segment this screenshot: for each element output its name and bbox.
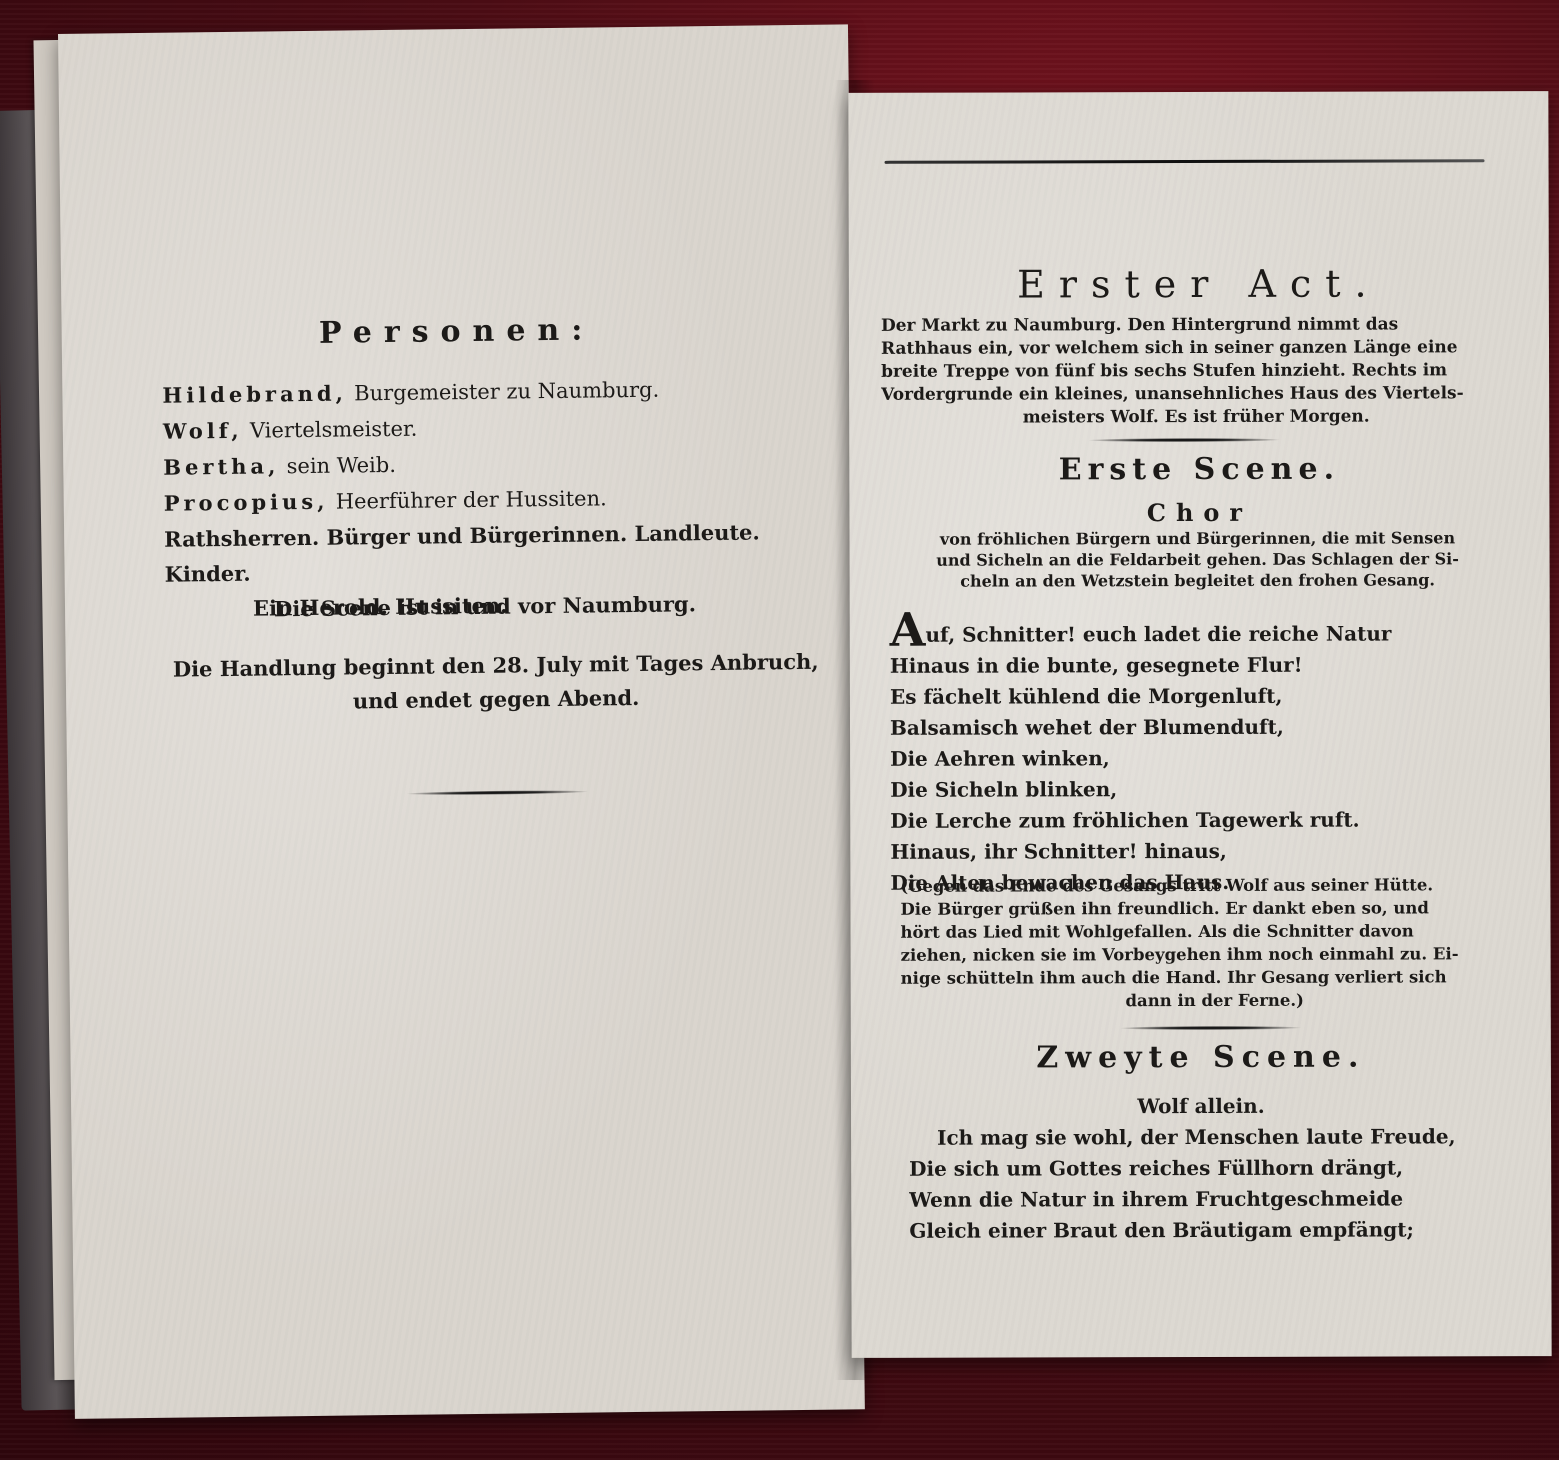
stage-desc-line: Vordergrunde ein kleines, unansehnliches…: [881, 382, 1511, 407]
song-line: Die Lerche zum fröhlichen Tagewerk ruft.: [890, 804, 1530, 837]
speech-line: Wenn die Natur in ihrem Fruchtgeschmeide: [909, 1183, 1549, 1216]
chor-desc-line: cheln an den Wetzstein begleitet den fro…: [888, 569, 1508, 592]
stage-dir-line: nige schütteln ihm auch die Hand. Ihr Ge…: [901, 965, 1529, 990]
ornamental-divider: [1089, 438, 1279, 442]
speech-line: Gleich einer Braut den Bräutigam empfäng…: [909, 1214, 1549, 1247]
speech-line: Ich mag sie wohl, der Menschen laute Fre…: [909, 1121, 1549, 1154]
chor-song: Auf, Schnitter! euch ladet die reiche Na…: [890, 613, 1531, 899]
action-time-note: Die Handlung beginnt den 28. July mit Ta…: [146, 644, 847, 721]
song-line-text: uf, Schnitter! euch ladet die reiche Nat…: [925, 621, 1391, 646]
song-line: Es fächelt kühlend die Morgenluft,: [890, 680, 1530, 713]
stage-description: Der Markt zu Naumburg. Den Hintergrund n…: [881, 313, 1511, 430]
song-line: Die Aehren winken,: [890, 742, 1530, 775]
stage-desc-line: breite Treppe von fünf bis sechs Stufen …: [881, 359, 1511, 384]
song-line: Die Sicheln blinken,: [890, 773, 1530, 806]
speech-line: Die sich um Gottes reiches Füllhorn drän…: [909, 1152, 1549, 1185]
stage-desc-line: Der Markt zu Naumburg. Den Hintergrund n…: [881, 313, 1511, 338]
stage-dir-line: Die Bürger grüßen ihn freundlich. Er dan…: [900, 896, 1528, 921]
role-name: Procopius,: [164, 489, 329, 516]
chor-description: von fröhlichen Bürgern und Bürgerinnen, …: [887, 527, 1507, 592]
role-description: Burgemeister zu Naumburg.: [354, 378, 659, 406]
right-page: Erster Act. Der Markt zu Naumburg. Den H…: [848, 91, 1551, 1358]
role-description: sein Weib.: [287, 453, 397, 478]
stage-dir-line: hört das Lied mit Wohlgefallen. Als die …: [901, 919, 1529, 944]
chor-heading: Chor: [849, 497, 1549, 528]
role-name: Bertha,: [163, 453, 279, 479]
stage-desc-line: Rathhaus ein, vor welchem sich in seiner…: [881, 336, 1511, 361]
stage-dir-line: ziehen, nicken sie im Vorbeygehen ihm no…: [901, 942, 1529, 967]
ornamental-divider: [407, 790, 587, 796]
stage-desc-line: meisters Wolf. Es ist früher Morgen.: [881, 405, 1511, 430]
act-title: Erster Act.: [849, 261, 1549, 307]
song-line: Hinaus, ihr Schnitter! hinaus,: [890, 835, 1530, 868]
chor-desc-line: und Sicheln an die Feldarbeit gehen. Das…: [888, 548, 1508, 571]
cast-list: Hildebrand, Burgemeister zu Naumburg. Wo…: [162, 369, 845, 626]
chor-desc-line: von fröhlichen Bürgern und Bürgerinnen, …: [887, 527, 1507, 550]
wolf-speech: Ich mag sie wohl, der Menschen laute Fre…: [909, 1121, 1549, 1247]
scene-2-subtitle: Wolf allein.: [851, 1093, 1551, 1119]
scene-2-title: Zweyte Scene.: [851, 1039, 1551, 1076]
song-line: Hinaus in die bunte, gesegnete Flur!: [890, 649, 1530, 682]
role-name: Hildebrand,: [162, 380, 347, 407]
stage-dir-line: dann in der Ferne.): [901, 988, 1529, 1013]
song-line: Auf, Schnitter! euch ladet die reiche Na…: [890, 613, 1530, 651]
drop-cap: A: [890, 603, 926, 657]
role-name: Wolf,: [163, 418, 243, 444]
personen-heading: Personen:: [61, 309, 851, 354]
stage-dir-line: (Gegen das Ende des Gesangs tritt Wolf a…: [900, 873, 1528, 898]
left-page: Personen: Hildebrand, Burgemeister zu Na…: [58, 24, 865, 1419]
song-line: Balsamisch wehet der Blumenduft,: [890, 711, 1530, 744]
ornamental-divider: [1121, 1026, 1301, 1030]
header-rule: [885, 159, 1485, 164]
scene-1-title: Erste Scene.: [849, 451, 1549, 488]
role-description: Heerführer der Hussiten.: [336, 486, 607, 513]
role-description: Viertelsmeister.: [250, 417, 418, 443]
cast-extras-line-1: Rathsherren. Bürger und Bürgerinnen. Lan…: [164, 513, 845, 591]
stage-direction: (Gegen das Ende des Gesangs tritt Wolf a…: [900, 873, 1528, 1013]
